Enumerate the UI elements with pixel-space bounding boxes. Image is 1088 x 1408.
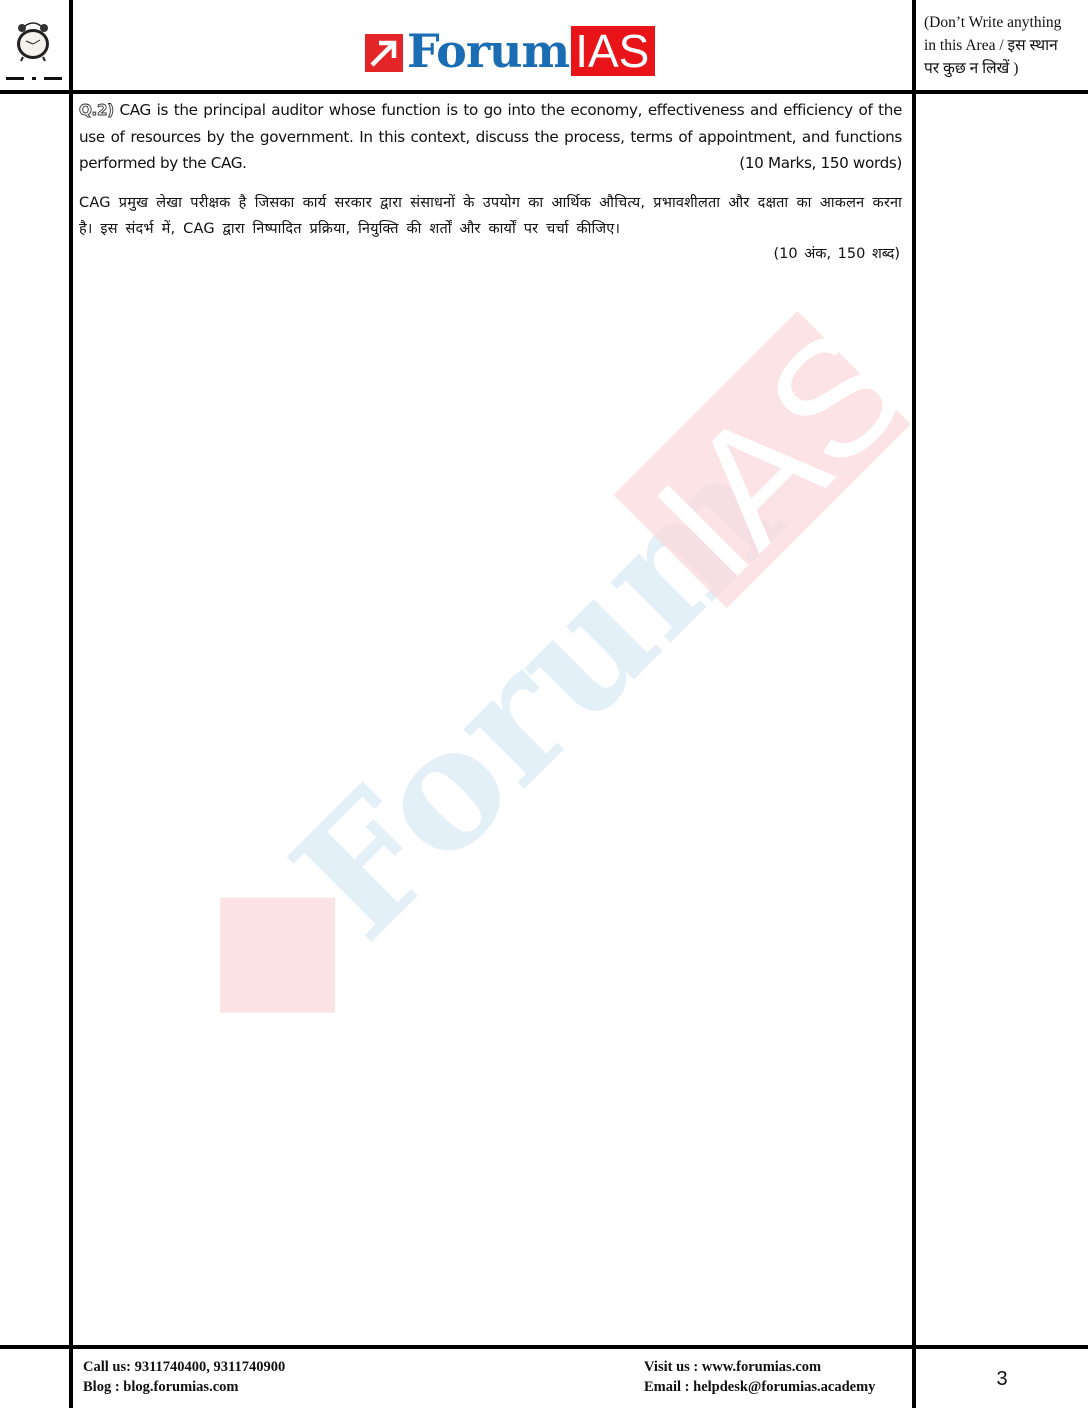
footer-blog[interactable]: Blog : blog.forumias.com — [83, 1377, 285, 1397]
left-margin-line — [69, 0, 73, 1408]
svg-text:Forum: Forum — [257, 414, 818, 975]
footer-visit[interactable]: Visit us : www.forumias.com — [644, 1357, 875, 1377]
marks-hindi: (10 अंक, 150 शब्द) — [774, 243, 900, 263]
footer-call: Call us: 9311740400, 9311740900 — [83, 1357, 285, 1377]
footer-web: Visit us : www.forumias.com Email : help… — [644, 1357, 875, 1397]
notice-line: पर कुछ न लिखें ) — [924, 57, 1084, 80]
notice-line: in this Area / इस स्थान — [924, 34, 1084, 57]
no-write-notice: (Don’t Write anything in this Area / इस … — [924, 11, 1084, 80]
footer-divider — [0, 1345, 1088, 1349]
timer-field — [6, 77, 62, 81]
logo-forum-text: Forum — [407, 25, 569, 77]
alarm-clock-icon — [13, 19, 53, 63]
notice-line: (Don’t Write anything — [924, 11, 1084, 34]
page-number: 3 — [916, 1368, 1088, 1391]
logo-ias-text: IAS — [571, 26, 655, 76]
footer-contact: Call us: 9311740400, 9311740900 Blog : b… — [83, 1357, 285, 1397]
marks-english: (10 Marks, 150 words) — [739, 150, 902, 177]
right-margin-line — [912, 0, 916, 1408]
header-divider — [0, 90, 1088, 94]
forumias-logo: Forum IAS — [365, 25, 655, 77]
question-number: Q.2) — [79, 101, 114, 119]
question-english: Q.2) CAG is the principal auditor whose … — [79, 97, 902, 177]
forumias-watermark: Forum IAS — [150, 300, 950, 1100]
svg-text:IAS: IAS — [621, 300, 939, 612]
arrow-icon — [365, 34, 403, 72]
question-hindi: CAG प्रमुख लेखा परीक्षक है जिसका कार्य स… — [79, 190, 902, 242]
footer-email[interactable]: Email : helpdesk@forumias.academy — [644, 1377, 875, 1397]
